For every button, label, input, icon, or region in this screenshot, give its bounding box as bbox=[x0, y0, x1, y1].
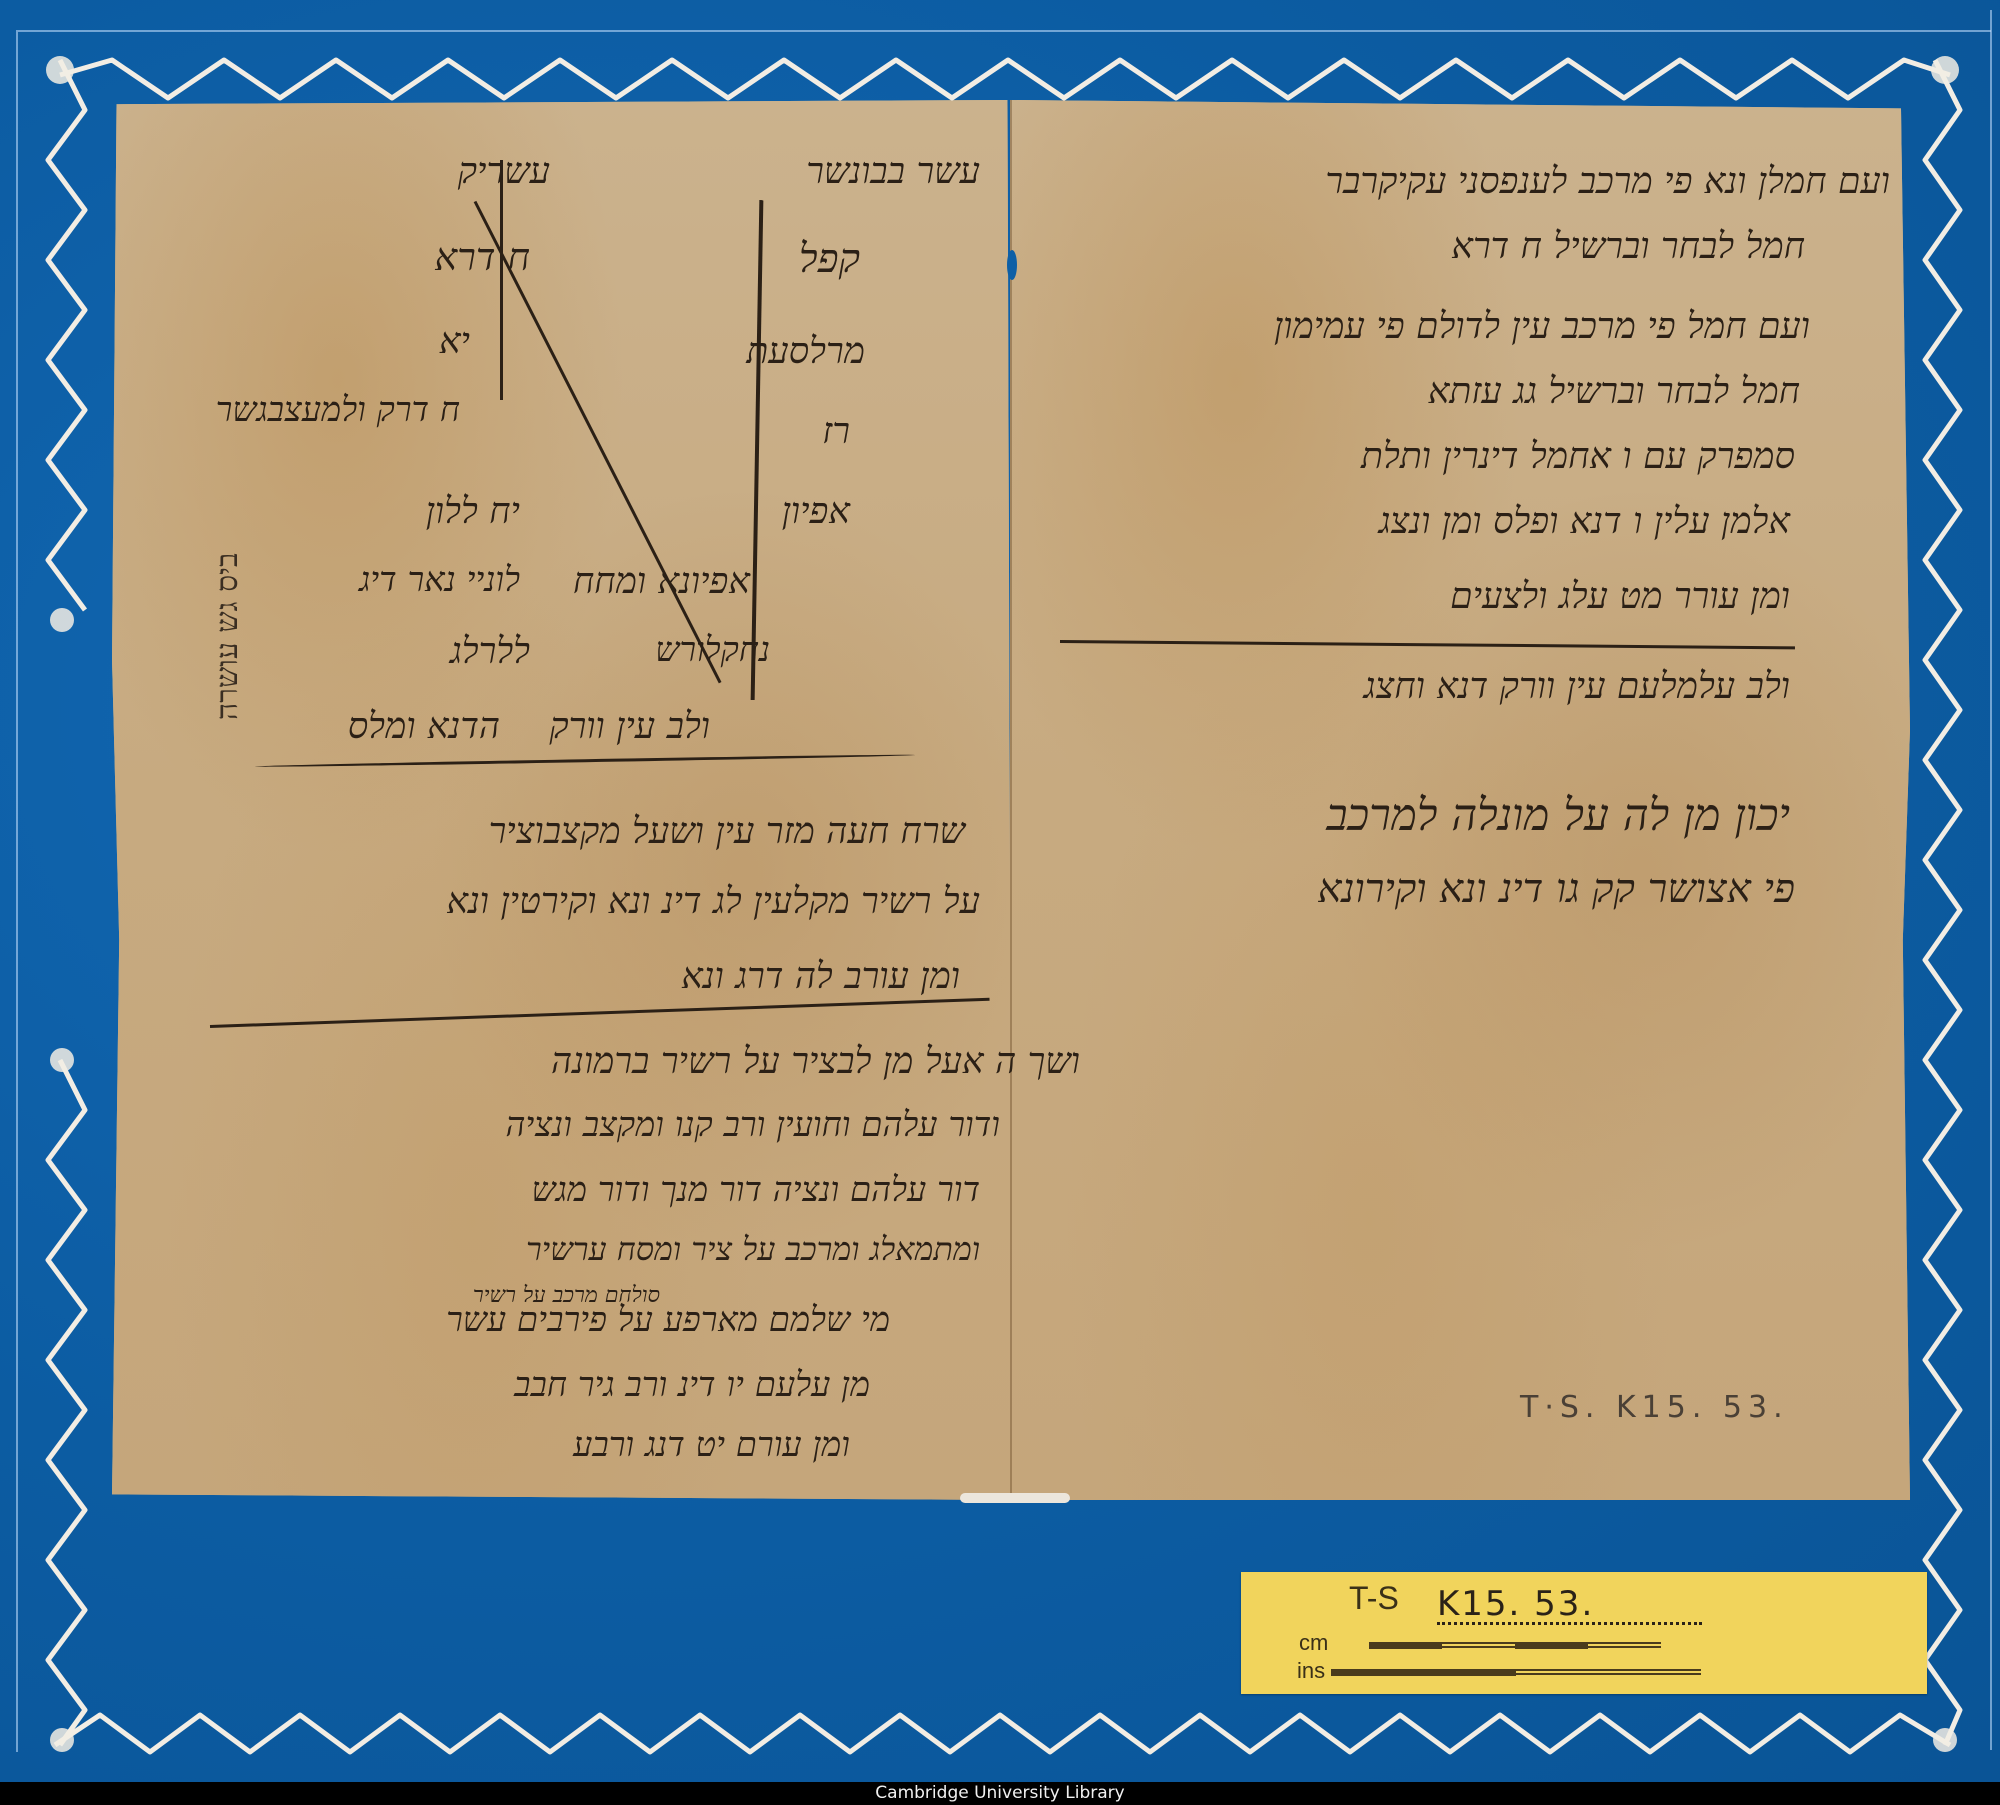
label-dotted-line bbox=[1437, 1622, 1702, 1625]
pencil-shelfmark: T·S. K15. 53. bbox=[1520, 1390, 1789, 1425]
right-line-9: יכון מן לה על מונלה למרכב bbox=[1326, 790, 1790, 841]
column-divider-line-2 bbox=[500, 160, 503, 400]
left-bottom-line-6: מן עלעם יו דינ ורב גיר חבב bbox=[514, 1365, 870, 1405]
left-col-left-line-6: לוניי נאר דיג bbox=[359, 560, 520, 600]
right-line-2: חמל לבחר וברשיל ח דרא bbox=[1451, 225, 1805, 267]
left-middle-line-3: ומן עורב לה דרג ונא bbox=[681, 955, 960, 997]
left-middle-line-2: על רשיר מקלעין לג דינ ונא וקירטין ונא bbox=[447, 880, 981, 922]
cm-scale-solid-2 bbox=[1515, 1642, 1588, 1649]
shelfmark-scale-label: T-S K15. 53. cm ins bbox=[1241, 1572, 1927, 1694]
ins-scale-solid bbox=[1331, 1669, 1516, 1676]
left-col-left-line-3: יא bbox=[439, 320, 470, 362]
right-line-8: ולב עלמלעם עין וורק דנא וחצג bbox=[1364, 665, 1790, 707]
left-bottom-line-3: דור עלהם ונציה דור מנך ודור מגש bbox=[532, 1170, 980, 1210]
left-col-right-line-4: רז bbox=[822, 410, 850, 452]
left-col-left-line-7: ללרלג bbox=[450, 630, 530, 672]
scale-cm-label: cm bbox=[1299, 1630, 1328, 1656]
left-col-right-line-1: עשר בבונשר bbox=[806, 150, 980, 192]
left-col-left-line-1: עשריק bbox=[458, 150, 550, 192]
margin-note-vertical: ביס גש עושרה bbox=[210, 553, 245, 721]
cm-scale-solid-1 bbox=[1369, 1642, 1442, 1649]
right-line-4: חמל לבחר וברשיל גג עזתא bbox=[1428, 370, 1800, 412]
label-prefix: T-S bbox=[1349, 1580, 1399, 1617]
cm-scale-hollow-2 bbox=[1588, 1642, 1661, 1648]
label-shelfmark: K15. 53. bbox=[1437, 1584, 1594, 1624]
left-col-left-line-8: הדנא ומלס bbox=[348, 705, 500, 747]
right-line-1: ועם חמלן ונא פי מרכב לענפסני עקיקרבר bbox=[1325, 160, 1890, 202]
left-bottom-line-2: ודור עלהם וחועין ורב קנו ומקצב ונציה bbox=[505, 1105, 1000, 1145]
left-bottom-line-1: ושך ה אעל מן לבציר על רשיר ברמונה bbox=[551, 1040, 1080, 1082]
left-col-right-line-8: ולב עין וורק bbox=[549, 705, 710, 747]
left-bottom-line-4: ומתמאלג ומרכב על ציר ומסח ערשיר bbox=[526, 1230, 980, 1268]
ins-scale-hollow bbox=[1516, 1669, 1701, 1675]
left-col-right-line-3: מרלסעת bbox=[746, 330, 865, 372]
left-col-right-line-2: קפל bbox=[799, 235, 860, 282]
right-line-5: סמפרק עם ו אחמל דינרין ותלת bbox=[1361, 435, 1795, 477]
left-col-left-line-4: ח דרק ולמעצבגשר bbox=[216, 390, 460, 430]
left-bottom-line-5: מי שלמם מארפע על פירבים עשר bbox=[446, 1300, 890, 1340]
right-line-10: פי אצושר קק גו דינ ונא וקירונא bbox=[1317, 865, 1795, 912]
right-line-7: ומן עורר מט עלג ולצעים bbox=[1450, 575, 1790, 617]
footer-credit: Cambridge University Library bbox=[0, 1782, 2000, 1805]
right-line-3: ועם חמל פי מרכב עין לדולם פי עמימון bbox=[1274, 305, 1810, 347]
left-col-left-line-2: ח דרא bbox=[434, 235, 530, 280]
left-col-right-line-5: אפיון bbox=[782, 490, 850, 532]
left-middle-line-1: שרח חעה מזר עין ושעל מקצבוציר bbox=[489, 810, 965, 852]
cm-scale-hollow-1 bbox=[1442, 1642, 1515, 1648]
scale-ins-label: ins bbox=[1297, 1658, 1325, 1684]
left-col-left-line-5: יח ללון bbox=[426, 490, 520, 532]
left-bottom-line-7: ומן עורם יט דנג ורבע bbox=[573, 1425, 850, 1465]
right-line-6: אלמן עלין ו דנא ופלס ומן ונצג bbox=[1379, 500, 1790, 542]
